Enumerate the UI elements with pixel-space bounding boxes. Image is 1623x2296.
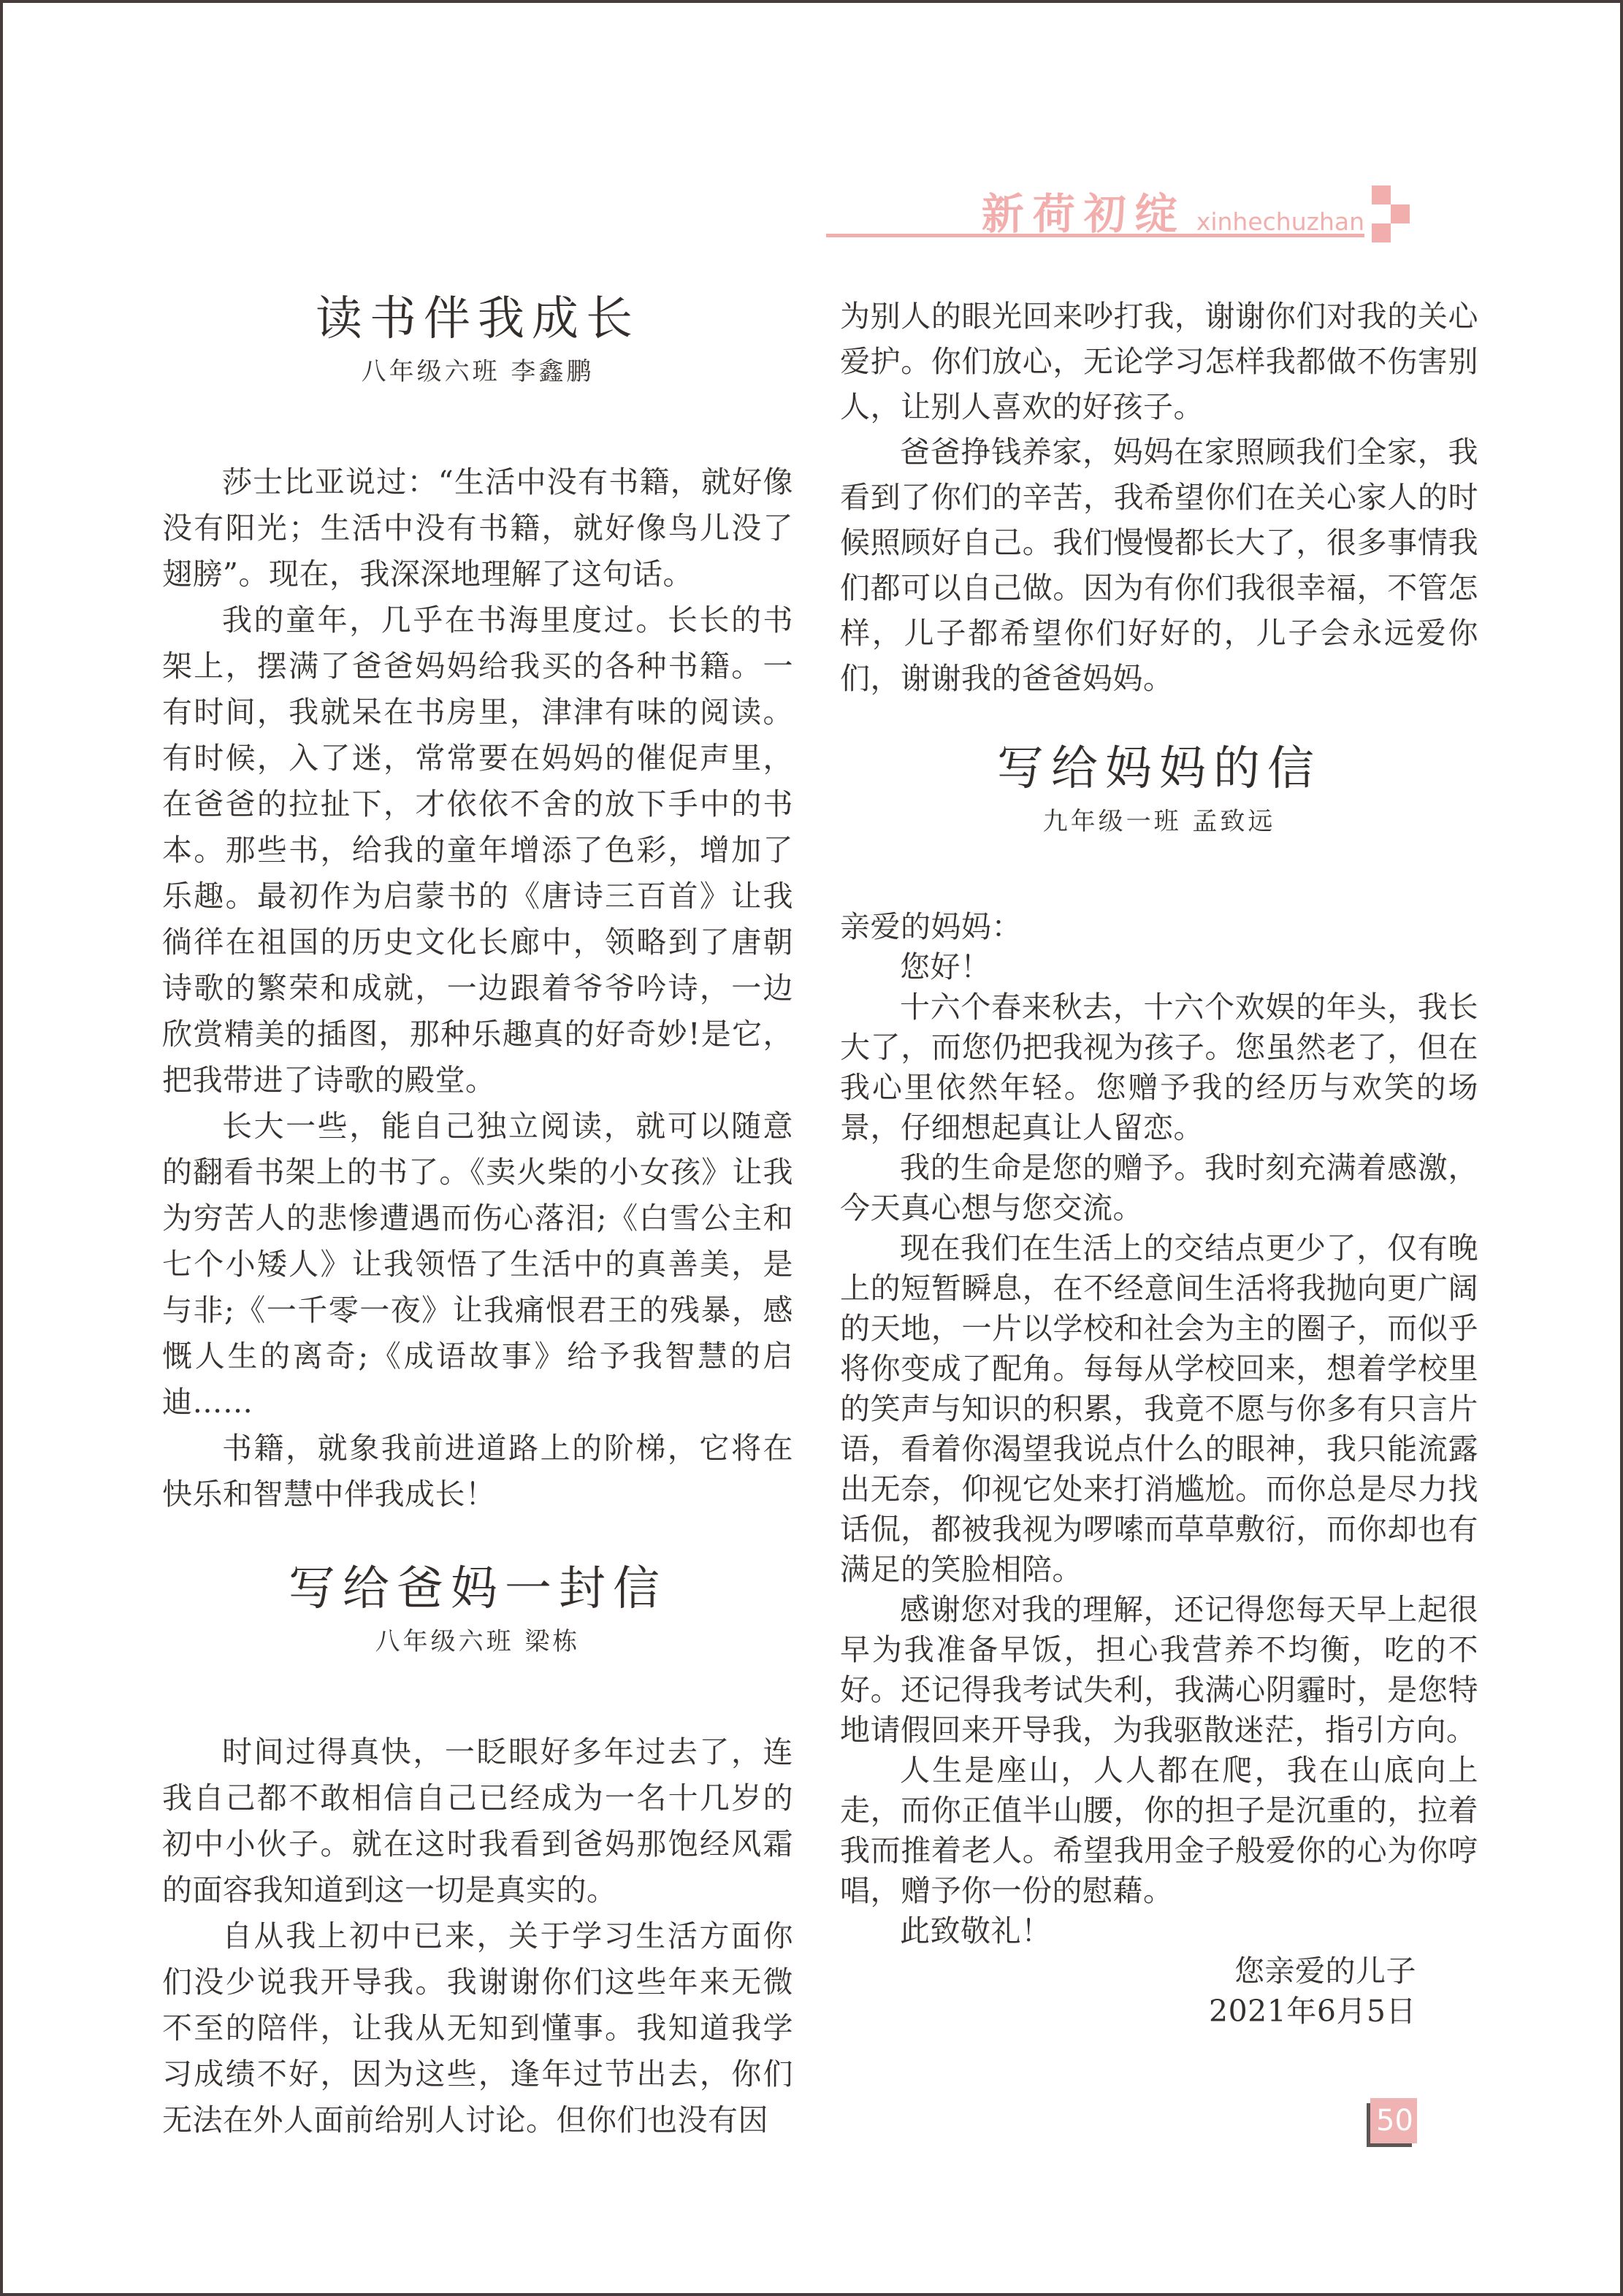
paragraph: 为别人的眼光回来吵打我，谢谢你们对我的关心爱护。你们放心，无论学习怎样我都做不伤… (840, 294, 1478, 429)
article-letter-to-parents: 写给爸妈一封信 八年级六班 梁栋 时间过得真快，一眨眼好多年过去了，连我自己都不… (162, 1561, 793, 2143)
page-number-badge: 50 (1370, 2098, 1417, 2143)
paragraph: 时间过得真快，一眨眼好多年过去了，连我自己都不敢相信自己已经成为一名十几岁的初中… (162, 1729, 793, 1913)
paragraph: 我的生命是您的赠予。我时刻充满着感激，今天真心想与您交流。 (840, 1148, 1478, 1228)
paragraph: 十六个春来秋去，十六个欢娱的年头，我长大了，而您仍把我视为孩子。您虽然老了，但在… (840, 987, 1478, 1148)
paragraph: 我的童年，几乎在书海里度过。长长的书架上，摆满了爸爸妈妈给我买的各种书籍。一有时… (162, 597, 793, 1103)
article-title: 写给爸妈一封信 (162, 1561, 793, 1617)
magazine-logo-pinyin: xinhechuzhan (1196, 210, 1364, 235)
article-body: 莎士比亚说过：“生活中没有书籍，就好像没有阳光；生活中没有书籍，就好像鸟儿没了翅… (162, 459, 793, 1518)
article-author: 九年级一班 孟致远 (840, 805, 1478, 838)
decor-square-icon (1372, 223, 1391, 242)
article-letter-to-mother: 写给妈妈的信 九年级一班 孟致远 亲爱的妈妈： 您好！ 十六个春来秋去，十六个欢… (840, 741, 1478, 2032)
paragraph: 爸爸挣钱养家，妈妈在家照顾我们全家，我看到了你们的辛苦，我希望你们在关心家人的时… (840, 429, 1478, 701)
article-author: 八年级六班 梁栋 (162, 1626, 793, 1658)
magazine-page: 新荷初绽 xinhechuzhan 读书伴我成长 八年级六班 李鑫鹏 莎士比亚说… (0, 0, 1623, 2296)
letter-signature: 您亲爱的儿子 (840, 1951, 1478, 1991)
article-reading-growth: 读书伴我成长 八年级六班 李鑫鹏 莎士比亚说过：“生活中没有书籍，就好像没有阳光… (162, 291, 793, 1518)
letter-paragraphs: 十六个春来秋去，十六个欢娱的年头，我长大了，而您仍把我视为孩子。您虽然老了，但在… (840, 987, 1478, 1911)
letter-greeting: 您好！ (840, 947, 1478, 987)
letter-body: 亲爱的妈妈： 您好！ 十六个春来秋去，十六个欢娱的年头，我长大了，而您仍把我视为… (840, 907, 1478, 2032)
article-author: 八年级六班 李鑫鹏 (162, 356, 793, 388)
article-title: 写给妈妈的信 (840, 741, 1478, 797)
paragraph: 自从我上初中已来，关于学习生活方面你们没少说我开导我。我谢谢你们这些年来无微不至… (162, 1913, 793, 2143)
paragraph: 感谢您对我的理解，还记得您每天早上起很早为我准备早饭，担心我营养不均衡，吃的不好… (840, 1590, 1478, 1750)
header-underline (826, 234, 1364, 237)
paragraph: 莎士比亚说过：“生活中没有书籍，就好像没有阳光；生活中没有书籍，就好像鸟儿没了翅… (162, 459, 793, 597)
letter-salutation: 亲爱的妈妈： (840, 907, 1478, 947)
article-continuation: 为别人的眼光回来吵打我，谢谢你们对我的关心爱护。你们放心，无论学习怎样我都做不伤… (840, 294, 1478, 701)
decor-square-icon (1391, 204, 1410, 223)
paragraph: 长大一些，能自己独立阅读，就可以随意的翻看书架上的书了。《卖火柴的小女孩》让我为… (162, 1103, 793, 1426)
paragraph: 人生是座山，人人都在爬，我在山底向上走，而你正值半山腰，你的担子是沉重的，拉着我… (840, 1750, 1478, 1911)
decor-square-icon (1372, 185, 1391, 204)
letter-closing: 此致敬礼！ (840, 1911, 1478, 1951)
paragraph: 现在我们在生活上的交结点更少了，仅有晚上的短暂瞬息，在不经意间生活将我抛向更广阔… (840, 1228, 1478, 1590)
magazine-logo: 新荷初绽 xinhechuzhan (826, 187, 1364, 235)
paragraph: 书籍，就象我前进道路上的阶梯，它将在快乐和智慧中伴我成长！ (162, 1426, 793, 1518)
magazine-logo-chinese: 新荷初绽 (982, 193, 1186, 235)
left-column: 读书伴我成长 八年级六班 李鑫鹏 莎士比亚说过：“生活中没有书籍，就好像没有阳光… (162, 291, 793, 2143)
letter-date: 2021年6月5日 (840, 1991, 1478, 2032)
article-title: 读书伴我成长 (162, 291, 793, 347)
right-column: 为别人的眼光回来吵打我，谢谢你们对我的关心爱护。你们放心，无论学习怎样我都做不伤… (840, 294, 1478, 2032)
article-body: 时间过得真快，一眨眼好多年过去了，连我自己都不敢相信自己已经成为一名十几岁的初中… (162, 1729, 793, 2143)
